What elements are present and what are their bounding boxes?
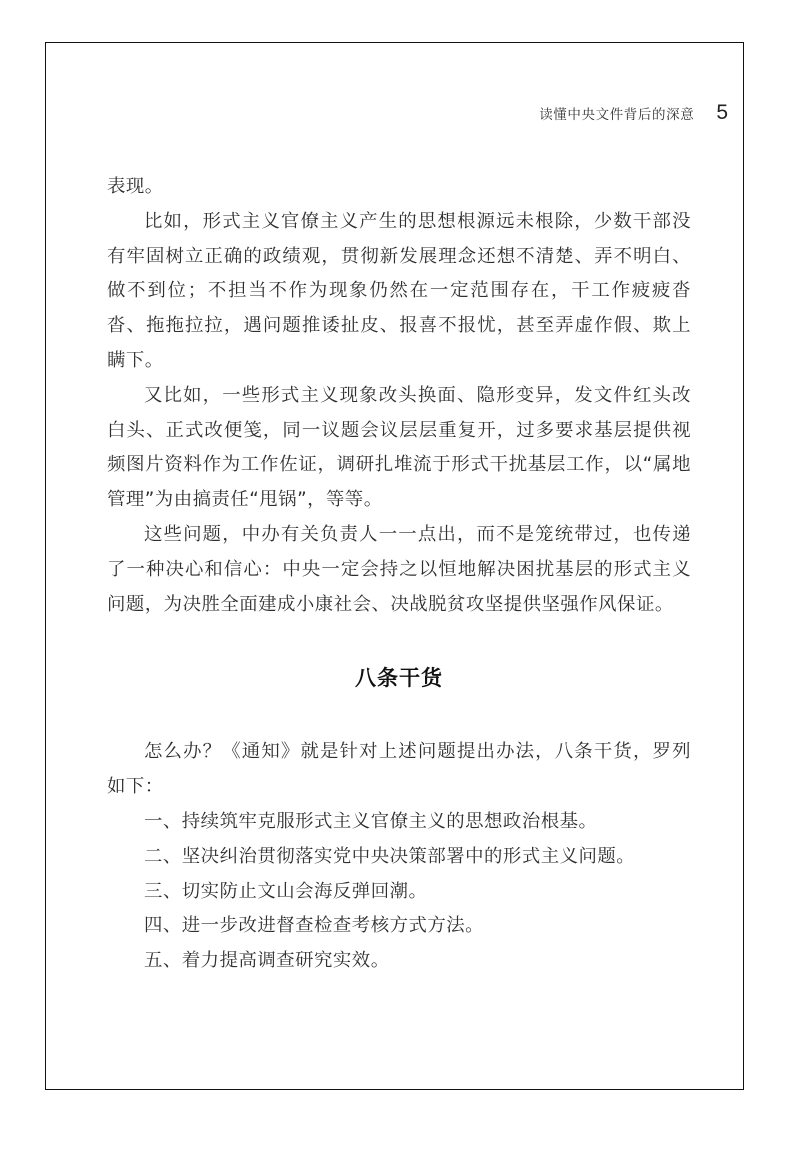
page-body: 表现。 比如，形式主义官僚主义产生的思想根源远未根除，少数干部没有牢固树立正确的… (107, 170, 691, 979)
section-intro: 怎么办？《通知》就是针对上述问题提出办法，八条干货，罗列如下： (107, 735, 691, 805)
running-header-title: 读懂中央文件背后的深意 (539, 103, 694, 123)
spacer (107, 622, 691, 659)
paragraph: 比如，形式主义官僚主义产生的思想根源远未根除，少数干部没有牢固树立正确的政绩观，… (107, 205, 691, 379)
page-number: 5 (716, 101, 728, 125)
list-item: 五、着力提高调查研究实效。 (107, 944, 691, 979)
paragraph-continuation: 表现。 (107, 170, 691, 205)
spacer (107, 697, 691, 735)
paragraph: 这些问题，中办有关负责人一一点出，而不是笼统带过，也传递了一种决心和信心：中央一… (107, 518, 691, 622)
list-item: 四、进一步改进督查检查考核方式方法。 (107, 909, 691, 944)
measures-list: 一、持续筑牢克服形式主义官僚主义的思想政治根基。 二、坚决纠治贯彻落实党中央决策… (107, 805, 691, 979)
list-item: 二、坚决纠治贯彻落实党中央决策部署中的形式主义问题。 (107, 840, 691, 875)
list-item: 三、切实防止文山会海反弹回潮。 (107, 875, 691, 910)
section-heading: 八条干货 (107, 659, 691, 697)
list-item: 一、持续筑牢克服形式主义官僚主义的思想政治根基。 (107, 805, 691, 840)
running-header: 读懂中央文件背后的深意 5 (539, 101, 728, 125)
paragraph: 又比如，一些形式主义现象改头换面、隐形变异，发文件红头改白头、正式改便笺，同一议… (107, 379, 691, 518)
